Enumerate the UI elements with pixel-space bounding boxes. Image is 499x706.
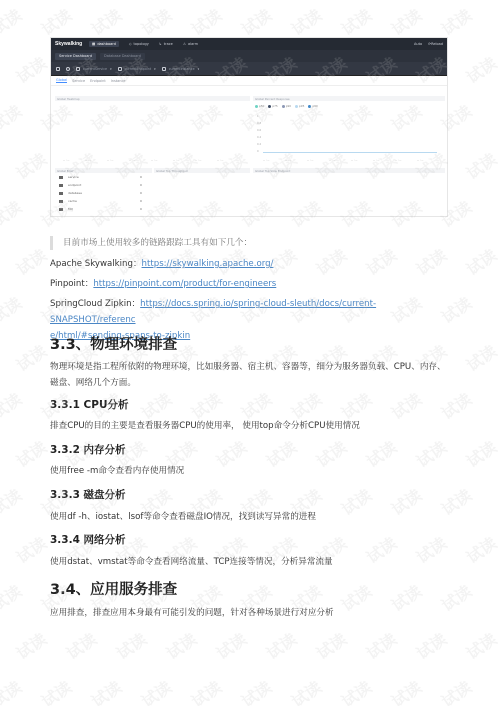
selector-bar: currentService▾ currentEndpoint▾ current… [51,62,447,76]
legend-p95[interactable]: p95 [295,104,304,108]
caret-down-icon: ▾ [110,67,112,71]
watermark: 试读 [461,339,499,376]
watermark: 试读 [136,3,175,40]
watermark: 试读 [86,3,125,40]
reload-button[interactable]: ⟳Reload [428,42,443,46]
topology-icon: ◇ [129,42,132,46]
mq-icon [59,208,63,211]
section-3-3-title: 3.3、物理环境排查 [50,333,450,354]
nav-trace[interactable]: ↳trace [159,42,173,46]
subsection-disk-title: 3.3.3 磁盘分析 [50,487,450,502]
tab-service[interactable]: Service [72,79,85,83]
legend-p99[interactable]: p99 [308,104,317,108]
throughput-panel: Global Top Throughput [154,168,250,216]
watermark: 试读 [461,147,499,184]
panel-title: Global Heatmap [55,96,250,101]
watermark: 试读 [0,291,26,328]
watermark: 试读 [11,243,50,280]
blockquote: 目前市场上使用较多的链路跟踪工具有如下几个： [50,236,252,250]
brief-row-service: service0 [55,173,152,181]
nav-topology[interactable]: ◇topology [129,42,149,46]
home-icon[interactable] [56,67,60,71]
tool-pinpoint: Pinpoint：https://pinpoint.com/product/fo… [50,276,450,292]
watermark: 试读 [186,3,225,40]
watermark: 试读 [311,627,350,664]
database-icon [59,192,63,195]
skywalking-topbar: Skywalking ▦dashboard ◇topology ↳trace ⚠… [51,38,447,50]
watermark: 试读 [0,579,26,616]
chart-line [263,152,437,153]
watermark: 试读 [236,675,275,706]
section-3-4-intro: 应用排查，排查应用本身最有可能引发的问题，针对各种场景进行对应分析 [50,605,450,621]
instance-selector[interactable]: currentInstance▾ [162,67,199,71]
watermark: 试读 [286,675,325,706]
tab-global[interactable]: Global [56,78,67,83]
subsection-network-text: 使用dstat、vmstat等命令查看网络流量、TCP连接等情况，分析异常流量 [50,554,450,570]
watermark: 试读 [11,435,50,472]
subsection-memory-title: 3.3.2 内存分析 [50,442,450,457]
watermark: 试读 [136,675,175,706]
caret-down-icon: ▾ [154,67,156,71]
service-selector[interactable]: currentService▾ [76,67,112,71]
watermark: 试读 [0,3,26,40]
watermark: 试读 [161,627,200,664]
watermark: 试读 [11,531,50,568]
dashboard-icon: ▦ [92,42,95,46]
section-3-4-title: 3.4、应用服务排查 [50,578,450,599]
watermark: 试读 [411,627,450,664]
watermark: 试读 [11,51,50,88]
watermark: 试读 [0,675,26,706]
watermark: 试读 [0,195,26,232]
watermark: 试读 [36,3,75,40]
subsection-network-title: 3.3.4 网络分析 [50,532,450,547]
watermark: 试读 [36,675,75,706]
watermark: 试读 [0,483,26,520]
dashboard-tabs: Global Service Endpoint Instance [51,76,447,86]
panel-title: Global Top Throughput [154,168,250,173]
brief-row-cache: cache0 [55,197,152,205]
brief-row-mq: MQ0 [55,205,152,213]
endpoint-icon [59,184,63,187]
instance-icon [162,67,166,71]
legend-p50[interactable]: p50 [255,104,264,108]
tab-endpoint[interactable]: Endpoint [90,79,106,83]
alarm-icon: ⚠ [183,42,186,46]
watermark: 试读 [386,675,425,706]
endpoint-selector[interactable]: currentEndpoint▾ [118,67,156,71]
watermark: 试读 [361,627,400,664]
watermark: 试读 [461,627,499,664]
skywalking-screenshot: Skywalking ▦dashboard ◇topology ↳trace ⚠… [50,37,448,217]
watermark: 试读 [436,675,475,706]
watermark: 试读 [11,147,50,184]
watermark: 试读 [111,627,150,664]
pinpoint-link[interactable]: https://pinpoint.com/product/for-enginee… [93,279,276,289]
watermark: 试读 [211,627,250,664]
watermark: 试读 [336,675,375,706]
brief-panel: Global Brief service0 endpoint0 database… [55,168,152,216]
watermark: 试读 [0,387,26,424]
watermark: 试读 [461,531,499,568]
watermark: 试读 [386,3,425,40]
legend-p75[interactable]: p75 [268,104,277,108]
watermark: 试读 [0,99,26,136]
percent-response-panel: Global Percent Response p50 p75 p90 p95 … [253,96,445,166]
skywalking-logo: Skywalking [55,42,79,47]
slow-endpoint-panel: Global Top Slow Endpoint [253,168,445,216]
section-3-3-intro: 物理环境是指工程所依附的物理环境，比如服务器、宿主机、容器等，细分为服务器负载、… [50,359,450,391]
auto-button[interactable]: Auto [414,42,422,46]
heatmap-panel: Global Heatmap -- : ---- : ---- : ---- :… [55,96,250,166]
watermark: 试读 [461,435,499,472]
watermark: 试读 [461,243,499,280]
caret-down-icon: ▾ [198,67,200,71]
watermark: 试读 [11,339,50,376]
cache-icon [59,200,63,203]
service-icon [59,176,63,179]
nav-dashboard[interactable]: ▦dashboard [89,41,119,47]
service-dashboard-button[interactable]: Service Dashboard [55,53,96,60]
nav-alarm[interactable]: ⚠alarm [183,42,198,46]
watermark: 试读 [11,627,50,664]
watermark: 试读 [61,627,100,664]
settings-icon[interactable] [66,67,70,71]
brief-row-endpoint: endpoint0 [55,181,152,189]
subsection-memory-text: 使用free -m命令查看内存使用情况 [50,463,450,479]
brief-row-database: database0 [55,189,152,197]
service-icon [76,67,80,71]
watermark: 试读 [86,675,125,706]
panel-title: Global Top Slow Endpoint [253,168,445,173]
endpoint-icon [118,67,122,71]
database-dashboard-button[interactable]: Database Dashboard [100,53,145,60]
tool-skywalking: Apache Skywalking：https://skywalking.apa… [50,256,450,272]
watermark: 试读 [461,51,499,88]
watermark: 试读 [336,3,375,40]
watermark: 试读 [236,3,275,40]
skywalking-link[interactable]: https://skywalking.apache.org/ [142,259,274,269]
subsection-cpu-title: 3.3.1 CPU分析 [50,397,450,412]
dashboard-switcher: Service Dashboard Database Dashboard [51,50,447,62]
watermark: 试读 [436,3,475,40]
subsection-cpu-text: 排查CPU的目的主要是查看服务器CPU的使用率， 使用top命令分析CPU使用情… [50,418,450,434]
subsection-disk-text: 使用df -h、iostat、lsof等命令查看磁盘IO情况，找到读写异常的进程 [50,509,450,525]
legend-p90[interactable]: p90 [282,104,291,108]
watermark: 试读 [286,3,325,40]
chart-legend: p50 p75 p90 p95 p99 [253,101,445,111]
trace-icon: ↳ [159,42,162,46]
watermark: 试读 [186,675,225,706]
watermark: 试读 [261,627,300,664]
tab-instance[interactable]: Instance [111,79,126,83]
